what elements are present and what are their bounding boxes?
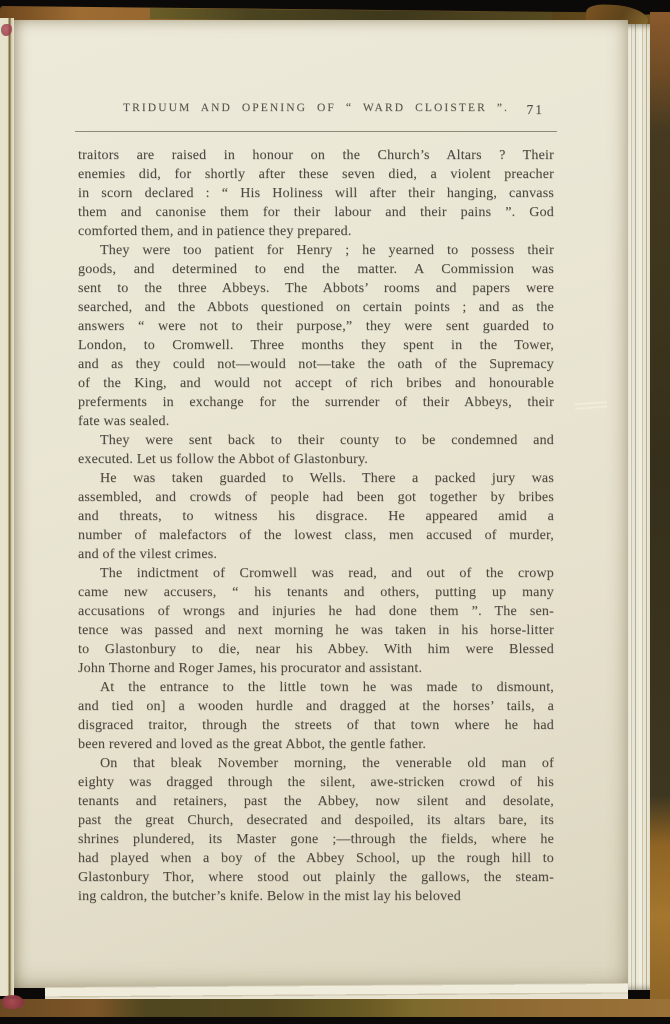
text-line: comforted them, and in patience they pre… <box>78 222 554 241</box>
text-line: shrines plundered, its Master gone ;—thr… <box>78 830 554 849</box>
paragraph: At the entrance to the little town he wa… <box>78 678 554 754</box>
marbled-endpaper-speck-bottom <box>2 995 24 1009</box>
text-line: They were sent back to their county to b… <box>78 431 554 450</box>
text-line: At the entrance to the little town he wa… <box>78 678 554 697</box>
text-line: He was taken guarded to Wells. There a p… <box>78 469 554 488</box>
text-line: enemies did, for shortly after these sev… <box>78 165 554 184</box>
text-line: preferments in exchange for the surrende… <box>78 393 554 412</box>
text-line: to Glastonbury to die, near his Abbey. W… <box>78 640 554 659</box>
book-cover-bottom-edge <box>0 999 670 1017</box>
page-edge-stack-right <box>628 24 650 990</box>
paragraph: traitors are raised in honour on the Chu… <box>78 146 554 241</box>
book-scan: TRIDUUM AND OPENING OF “ WARD CLOISTER ”… <box>0 0 670 1024</box>
text-line: number of malefactors of the lowest clas… <box>78 526 554 545</box>
facing-page-gutter <box>0 18 14 996</box>
running-title: TRIDUUM AND OPENING OF “ WARD CLOISTER ”… <box>78 102 554 114</box>
text-line: traitors are raised in honour on the Chu… <box>78 146 554 165</box>
text-line: tence was passed and next morning he was… <box>78 621 554 640</box>
text-line: eighty was dragged through the silent, a… <box>78 773 554 792</box>
text-line: Glastonbury Thor, where stood out plainl… <box>78 868 554 887</box>
text-block: traitors are raised in honour on the Chu… <box>78 146 554 906</box>
text-line: had played when a boy of the Abbey Schoo… <box>78 849 554 868</box>
text-line: came new accusers, “ his tenants and oth… <box>78 583 554 602</box>
paragraph: The indictment of Cromwell was read, and… <box>78 564 554 678</box>
text-line: sent to the three Abbeys. The Abbots’ ro… <box>78 279 554 298</box>
text-line: and of the vilest crimes. <box>78 545 554 564</box>
text-line: and tied on] a wooden hurdle and dragged… <box>78 697 554 716</box>
text-line: of the King, and would not accept of ric… <box>78 374 554 393</box>
page-number: 71 <box>527 102 545 118</box>
text-line: accusations of wrongs and injuries he ha… <box>78 602 554 621</box>
page-content: TRIDUUM AND OPENING OF “ WARD CLOISTER ”… <box>78 102 554 906</box>
page-header: TRIDUUM AND OPENING OF “ WARD CLOISTER ”… <box>78 102 554 120</box>
book-cover-right-edge <box>650 12 670 1016</box>
text-line: tenants and retainers, past the Abbey, n… <box>78 792 554 811</box>
text-line: The indictment of Cromwell was read, and… <box>78 564 554 583</box>
text-line: past the great Church, desecrated and de… <box>78 811 554 830</box>
paragraph: On that bleak November morning, the vene… <box>78 754 554 906</box>
text-line: John Thorne and Roger James, his procura… <box>78 659 554 678</box>
text-line: They were too patient for Henry ; he yea… <box>78 241 554 260</box>
text-line: executed. Let us follow the Abbot of Gla… <box>78 450 554 469</box>
text-line: fate was sealed. <box>78 412 554 431</box>
text-line: and as they could not—would not—take the… <box>78 355 554 374</box>
text-line: On that bleak November morning, the vene… <box>78 754 554 773</box>
text-line: searched, and the Abbots questioned on c… <box>78 298 554 317</box>
book-page: TRIDUUM AND OPENING OF “ WARD CLOISTER ”… <box>14 20 628 988</box>
text-line: them and canonise them for their labour … <box>78 203 554 222</box>
paragraph: He was taken guarded to Wells. There a p… <box>78 469 554 564</box>
text-line: been revered and loved as the great Abbo… <box>78 735 554 754</box>
text-line: answers “ were not to their purpose,” th… <box>78 317 554 336</box>
text-line: in scorn declared : “ His Holiness will … <box>78 184 554 203</box>
text-line: ing caldron, the butcher’s knife. Below … <box>78 887 554 906</box>
text-line: disgraced traitor, through the streets o… <box>78 716 554 735</box>
paragraph: They were sent back to their county to b… <box>78 431 554 469</box>
text-line: and threats, to witness his disgrace. He… <box>78 507 554 526</box>
header-rule <box>75 131 557 132</box>
text-line: London, to Cromwell. Three months they s… <box>78 336 554 355</box>
paragraph: They were too patient for Henry ; he yea… <box>78 241 554 431</box>
text-line: assembled, and crowds of people had been… <box>78 488 554 507</box>
page-scratch-mark <box>575 399 608 412</box>
text-line: goods, and determined to end the matter.… <box>78 260 554 279</box>
